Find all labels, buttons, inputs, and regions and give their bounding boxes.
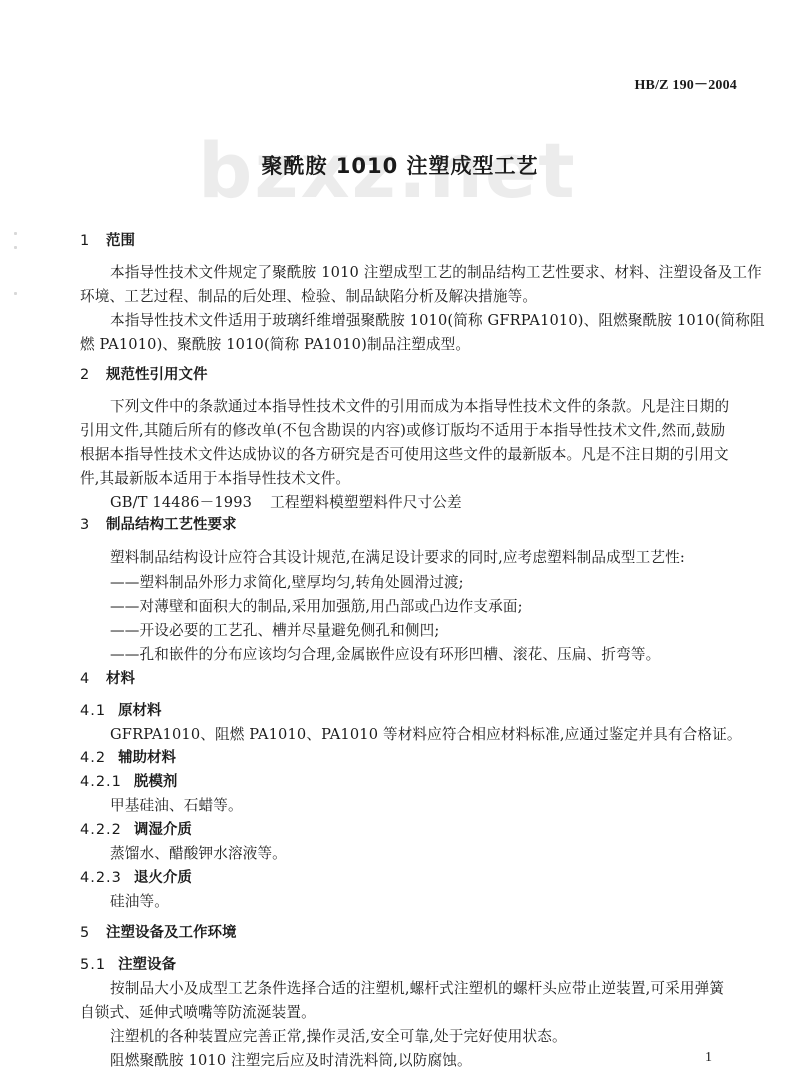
paragraph-line: 下列文件中的条款通过本指导性技术文件的引用而成为本指导性技术文件的条款。凡是注日… bbox=[110, 395, 729, 416]
paragraph-line: 件,其最新版本适用于本指导性技术文件。 bbox=[80, 467, 350, 488]
subsection-heading-4-2-3: 4.2.3退火介质 bbox=[80, 866, 192, 887]
subsection-heading-4-2-2: 4.2.2调湿介质 bbox=[80, 818, 192, 839]
section-heading-3: 3制品结构工艺性要求 bbox=[80, 513, 237, 534]
subsection-heading-4-2: 4.2辅助材料 bbox=[80, 746, 176, 767]
paragraph-line: 注塑机的各种装置应完善正常,操作灵活,安全可靠,处于完好使用状态。 bbox=[110, 1025, 567, 1046]
paragraph-line: 环境、工艺过程、制品的后处理、检验、制品缺陷分析及解决措施等。 bbox=[80, 285, 537, 306]
scan-speck bbox=[14, 232, 17, 235]
page-number: 1 bbox=[705, 1050, 712, 1066]
section-heading-2: 2规范性引用文件 bbox=[80, 363, 208, 384]
paragraph-line: 燃 PA1010)、聚酰胺 1010(简称 PA1010)制品注塑成型。 bbox=[80, 333, 470, 354]
paragraph-line: 甲基硅油、石蜡等。 bbox=[110, 794, 243, 815]
paragraph-line: 塑料制品结构设计应符合其设计规范,在满足设计要求的同时,应考虑塑料制品成型工艺性… bbox=[110, 546, 685, 567]
section-heading-1: 1范围 bbox=[80, 229, 135, 250]
paragraph-line: 本指导性技术文件规定了聚酰胺 1010 注塑成型工艺的制品结构工艺性要求、材料、… bbox=[110, 261, 762, 282]
paragraph-line: 自锁式、延伸式喷嘴等防流涎装置。 bbox=[80, 1001, 316, 1022]
standard-number: HB/Z 190－2004 bbox=[634, 74, 737, 94]
scan-speck bbox=[14, 246, 17, 249]
paragraph-line: 引用文件,其随后所有的修改单(不包含勘误的内容)或修订版均不适用于本指导性技术文… bbox=[80, 419, 725, 440]
scan-speck bbox=[14, 292, 17, 295]
list-item: ——开设必要的工艺孔、槽并尽量避免侧孔和侧凹; bbox=[110, 619, 439, 640]
subsection-heading-5-1: 5.1注塑设备 bbox=[80, 953, 176, 974]
paragraph-line: 根据本指导性技术文件达成协议的各方研究是否可使用这些文件的最新版本。凡是不注日期… bbox=[80, 443, 729, 464]
reference-item: GB/T 14486－1993工程塑料模塑塑料件尺寸公差 bbox=[110, 491, 462, 512]
paragraph-line: 阻燃聚酰胺 1010 注塑完后应及时清洗料筒,以防腐蚀。 bbox=[110, 1049, 472, 1070]
paragraph-line: 硅油等。 bbox=[110, 890, 169, 911]
subsection-heading-4-1: 4.1原材料 bbox=[80, 699, 162, 720]
list-item: ——塑料制品外形力求简化,壁厚均匀,转角处圆滑过渡; bbox=[110, 571, 464, 592]
paragraph-line: 本指导性技术文件适用于玻璃纤维增强聚酰胺 1010(简称 GFRPA1010)、… bbox=[110, 309, 765, 330]
paragraph-line: 按制品大小及成型工艺条件选择合适的注塑机,螺杆式注塑机的螺杆头应带止逆装置,可采… bbox=[110, 977, 724, 998]
subsection-heading-4-2-1: 4.2.1脱模剂 bbox=[80, 770, 177, 791]
section-heading-4: 4材料 bbox=[80, 667, 135, 688]
list-item: ——对薄壁和面积大的制品,采用加强筋,用凸部或凸边作支承面; bbox=[110, 595, 523, 616]
section-heading-5: 5注塑设备及工作环境 bbox=[80, 921, 237, 942]
list-item: ——孔和嵌件的分布应该均匀合理,金属嵌件应设有环形凹槽、滚花、压扁、折弯等。 bbox=[110, 643, 660, 664]
document-title: 聚酰胺 1010 注塑成型工艺 bbox=[0, 150, 800, 180]
paragraph-line: GFRPA1010、阻燃 PA1010、PA1010 等材料应符合相应材料标准,… bbox=[110, 723, 742, 744]
paragraph-line: 蒸馏水、醋酸钾水溶液等。 bbox=[110, 842, 287, 863]
